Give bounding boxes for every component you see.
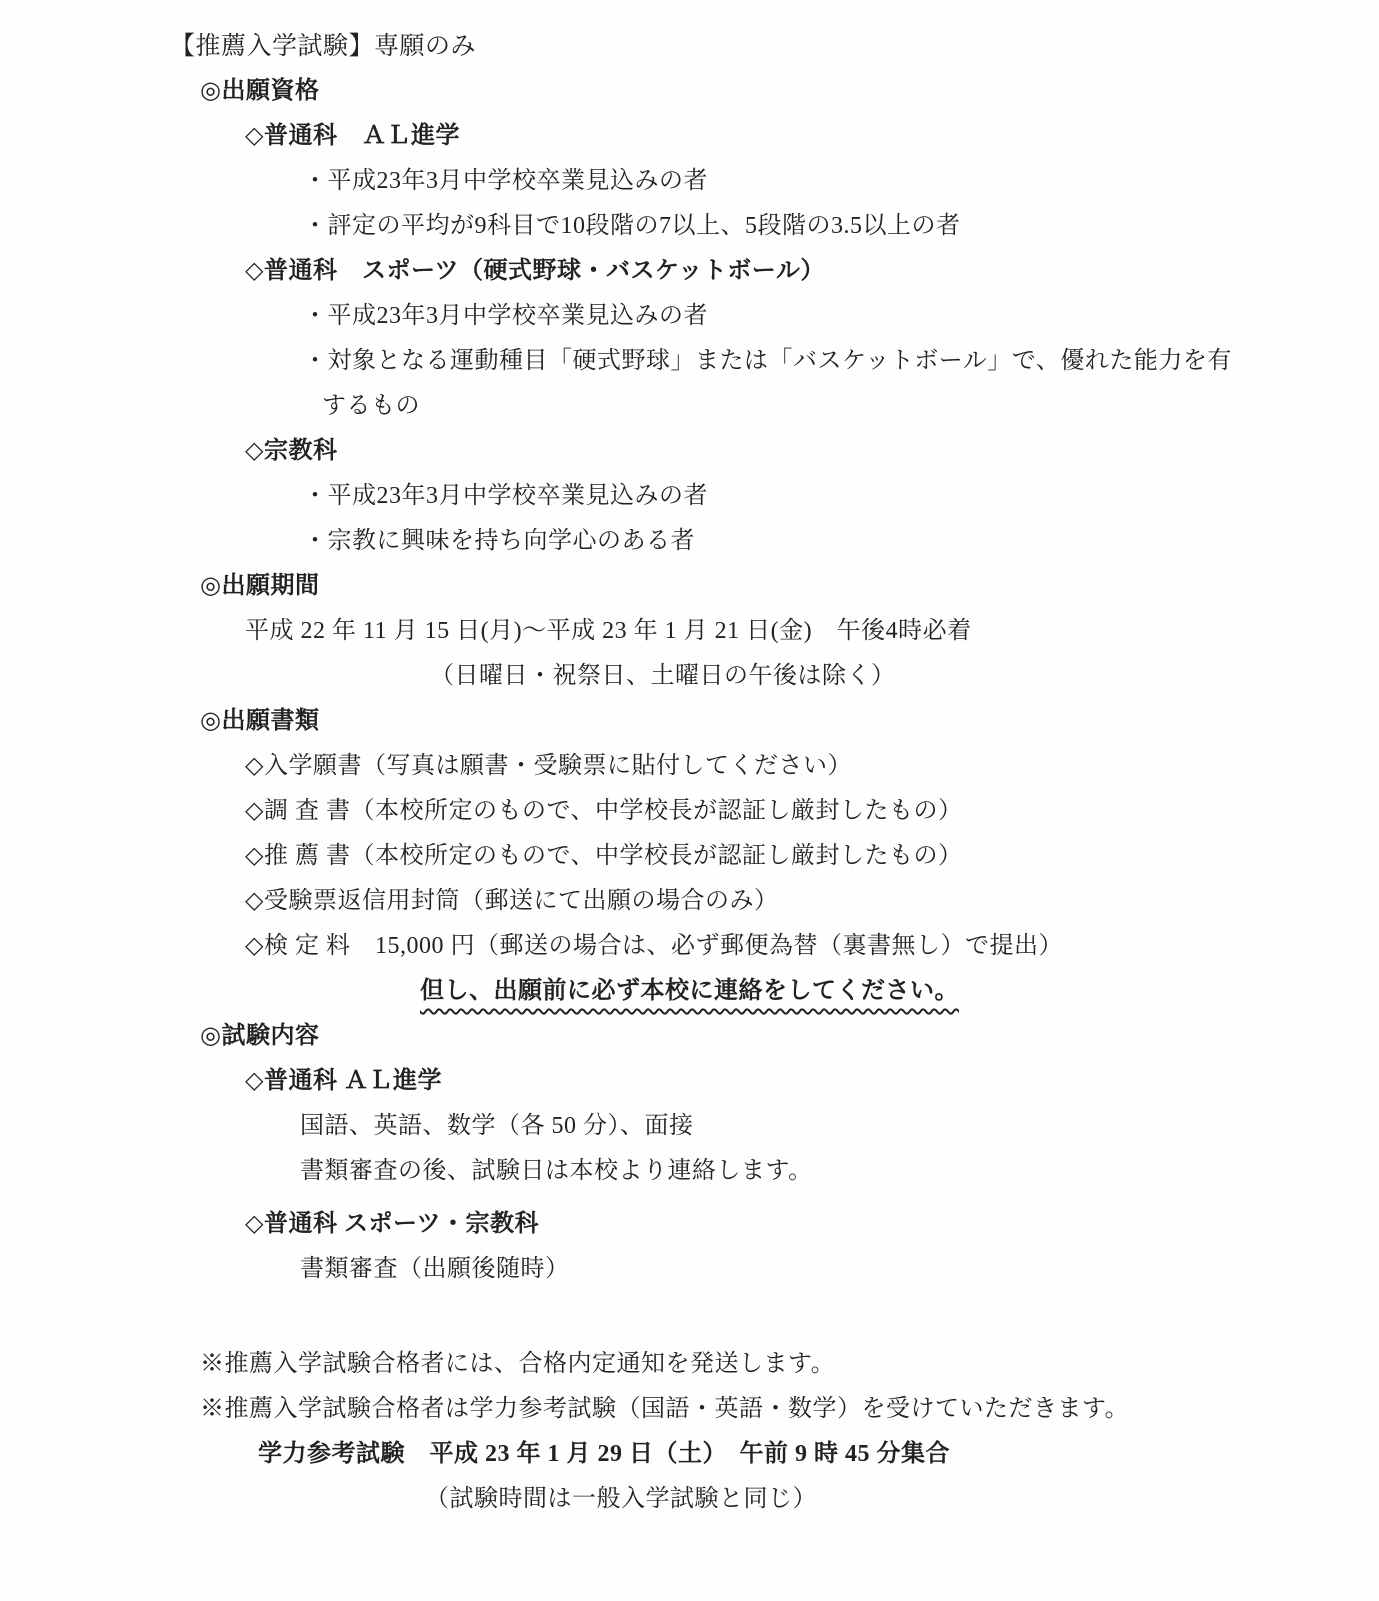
eligibility-bullet: ・平成23年3月中学校卒業見込みの者	[0, 474, 1379, 519]
eligibility-bullet: ・平成23年3月中学校卒業見込みの者	[0, 159, 1379, 204]
eligibility-bullet: ・宗教に興味を持ち向学心のある者	[0, 519, 1379, 564]
eligibility-bullet-continuation: するもの	[0, 384, 1379, 429]
exam-detail: 国語、英語、数学（各 50 分）、面接	[0, 1104, 1379, 1149]
section-documents-heading: ◎出願書類	[0, 699, 1379, 744]
eligibility-bullet: ・平成23年3月中学校卒業見込みの者	[0, 294, 1379, 339]
eligibility-bullet: ・評定の平均が9科目で10段階の7以上、5段階の3.5以上の者	[0, 204, 1379, 249]
exam-detail: 書類審査の後、試験日は本校より連絡します。	[0, 1149, 1379, 1194]
exam-group-al-heading: ◇普通科 ＡＬ進学	[0, 1059, 1379, 1104]
document-item: ◇検 定 料 15,000 円（郵送の場合は、必ず郵便為替（裏書無し）で提出）	[0, 924, 1379, 969]
reference-exam-note: （試験時間は一般入学試験と同じ）	[0, 1477, 1379, 1522]
exam-detail: 書類審査（出願後随時）	[0, 1247, 1379, 1292]
eligibility-group-religion-heading: ◇宗教科	[0, 429, 1379, 474]
document-title: 【推薦入学試験】専願のみ	[0, 24, 1379, 69]
document-page: 【推薦入学試験】専願のみ ◎出願資格 ◇普通科 ＡＬ進学 ・平成23年3月中学校…	[0, 0, 1379, 1601]
note-item: ※推薦入学試験合格者には、合格内定通知を発送します。	[0, 1342, 1379, 1387]
eligibility-group-sports-heading: ◇普通科 スポーツ（硬式野球・バスケットボール）	[0, 249, 1379, 294]
document-item: ◇入学願書（写真は願書・受験票に貼付してください）	[0, 744, 1379, 789]
document-item: ◇調 査 書（本校所定のもので、中学校長が認証し厳封したもの）	[0, 789, 1379, 834]
eligibility-bullet: ・対象となる運動種目「硬式野球」または「バスケットボール」で、優れた能力を有	[0, 339, 1379, 384]
section-eligibility-heading: ◎出願資格	[0, 69, 1379, 114]
document-item: ◇受験票返信用封筒（郵送にて出願の場合のみ）	[0, 879, 1379, 924]
section-exam-heading: ◎試験内容	[0, 1014, 1379, 1059]
document-item: ◇推 薦 書（本校所定のもので、中学校長が認証し厳封したもの）	[0, 834, 1379, 879]
section-period-heading: ◎出願期間	[0, 564, 1379, 609]
period-exception: （日曜日・祝祭日、土曜日の午後は除く）	[0, 654, 1379, 699]
eligibility-group-futsuka-al-heading: ◇普通科 ＡＬ進学	[0, 114, 1379, 159]
reference-exam-schedule: 学力参考試験 平成 23 年 1 月 29 日（土） 午前 9 時 45 分集合	[0, 1432, 1379, 1477]
contact-notice: 但し、出願前に必ず本校に連絡をしてください。	[420, 978, 959, 1004]
note-item: ※推薦入学試験合格者は学力参考試験（国語・英語・数学）を受けていただきます。	[0, 1387, 1379, 1432]
exam-group-sports-religion-heading: ◇普通科 スポーツ・宗教科	[0, 1202, 1379, 1247]
period-date-range: 平成 22 年 11 月 15 日(月)～平成 23 年 1 月 21 日(金)…	[0, 609, 1379, 654]
